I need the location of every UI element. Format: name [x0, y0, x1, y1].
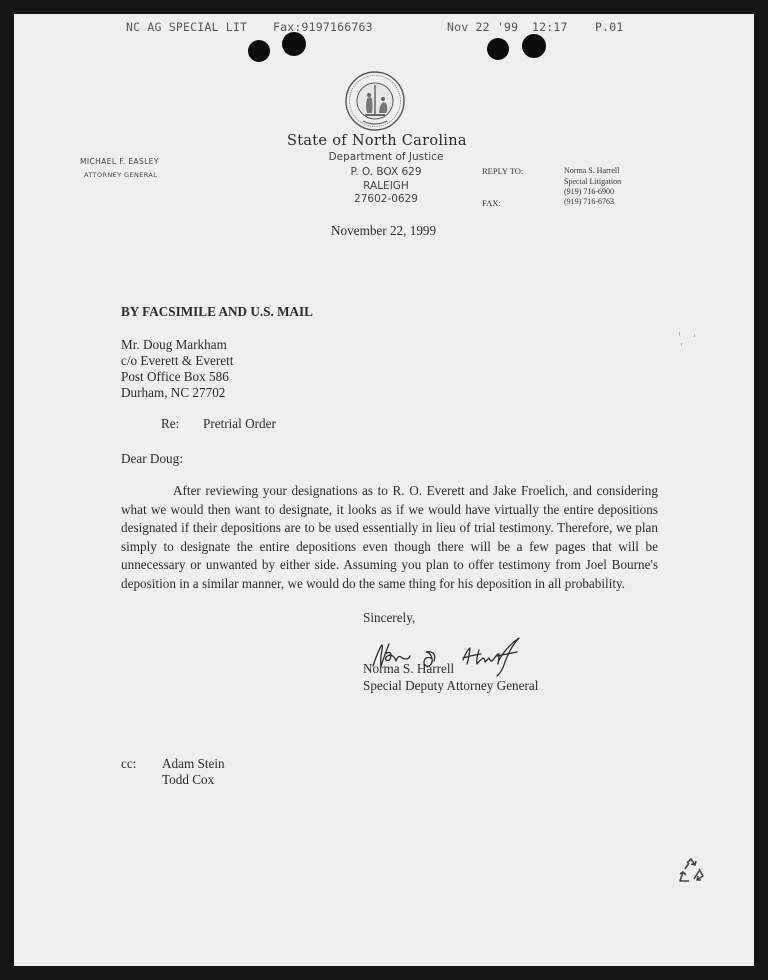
salutation: Dear Doug:	[121, 451, 183, 467]
attorney-general-name: MICHAEL F. EASLEY	[80, 157, 159, 166]
recipient-city-state-zip: Durham, NC 27702	[121, 385, 225, 401]
department-name: Department of Justice	[306, 151, 466, 163]
zip-code: 27602-0629	[306, 193, 466, 205]
delivery-method: BY FACSIMILE AND U.S. MAIL	[121, 304, 313, 320]
reply-to-name: Norma S. Harrell	[564, 166, 619, 175]
signer-title: Special Deputy Attorney General	[363, 678, 538, 694]
recycle-icon	[677, 857, 705, 885]
punch-hole	[248, 40, 270, 62]
fax-page: P.01	[595, 20, 624, 34]
reply-to-label: REPLY TO:	[482, 166, 523, 176]
document-page: NC AG SPECIAL LIT Fax:9197166763 Nov 22 …	[14, 14, 754, 966]
reply-to-fax: (919) 716-6763	[564, 197, 614, 206]
recipient-address: Post Office Box 586	[121, 369, 229, 385]
cc-recipient: Todd Cox	[162, 772, 214, 788]
punch-hole	[282, 32, 306, 56]
cc-recipient: Adam Stein	[162, 756, 225, 772]
punch-hole	[487, 38, 509, 60]
city: RALEIGH	[306, 180, 466, 192]
fax-sender: NC AG SPECIAL LIT	[126, 20, 247, 34]
closing: Sincerely,	[363, 610, 415, 626]
reply-to-phone: (919) 716-6900	[564, 187, 614, 196]
scan-speck	[694, 334, 695, 337]
state-title: State of North Carolina	[287, 133, 467, 149]
fax-date: Nov 22 '99	[447, 20, 518, 34]
reply-to-division: Special Litigation	[564, 177, 621, 186]
recipient-name: Mr. Doug Markham	[121, 337, 227, 353]
re-subject: Pretrial Order	[203, 416, 276, 432]
letter-date: November 22, 1999	[331, 223, 436, 239]
scan-speck	[679, 332, 680, 336]
punch-hole	[522, 34, 546, 58]
scan-speck	[681, 343, 682, 346]
re-label: Re:	[161, 416, 179, 432]
attorney-general-title: ATTORNEY GENERAL	[84, 171, 157, 179]
recipient-care-of: c/o Everett & Everett	[121, 353, 233, 369]
fax-label: FAX:	[482, 198, 501, 208]
po-box: P. O. BOX 629	[306, 166, 466, 178]
nc-state-seal-icon	[345, 71, 405, 131]
cc-label: cc:	[121, 756, 136, 772]
fax-time: 12:17	[532, 20, 568, 34]
signer-name: Norma S. Harrell	[363, 661, 454, 677]
letter-body: After reviewing your designations as to …	[121, 482, 658, 593]
fax-number: Fax:9197166763	[273, 20, 373, 34]
